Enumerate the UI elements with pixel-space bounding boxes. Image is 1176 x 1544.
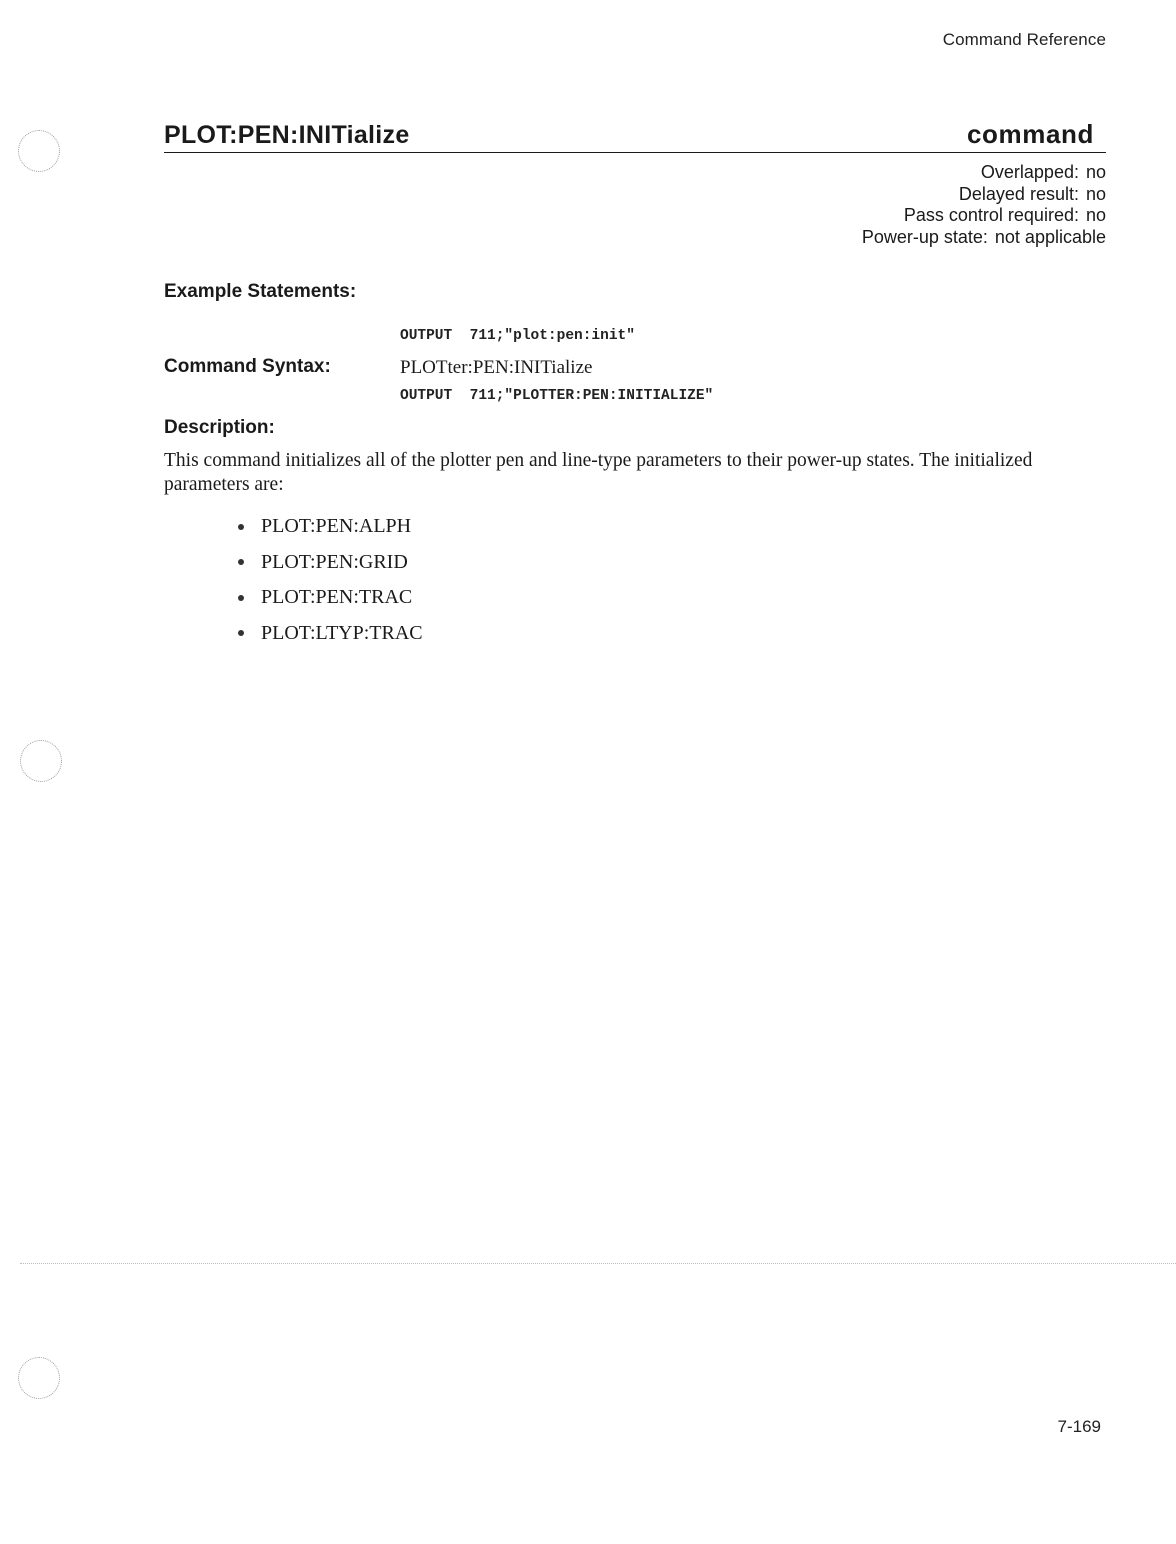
parameter-name: PLOT:LTYP:TRAC [261,622,423,645]
attribute-delayed-result: Delayed result:no [862,184,1106,206]
attribute-power-up-state: Power-up state:not applicable [862,227,1106,249]
bullet-icon [238,524,244,530]
attribute-label: Power-up state: [862,227,988,247]
example-statement: OUTPUT 711;"PLOTTER:PEN:INITIALIZE" [400,386,713,406]
command-title-bar: PLOT:PEN:INITialize command [164,116,1106,153]
command-name-heading: PLOT:PEN:INITialize [164,121,410,150]
list-item: PLOT:PEN:ALPH [236,509,423,545]
list-item: PLOT:LTYP:TRAC [236,616,423,652]
parameter-name: PLOT:PEN:ALPH [261,515,411,538]
attribute-value: no [1086,184,1106,204]
command-syntax-value: PLOTter:PEN:INITialize [400,357,592,379]
attribute-pass-control: Pass control required:no [862,205,1106,227]
example-statement: OUTPUT 711;"plot:pen:init" [400,326,713,346]
example-statements: OUTPUT 711;"plot:pen:init" OUTPUT 711;"P… [400,286,713,426]
initialized-parameters-list: PLOT:PEN:ALPH PLOT:PEN:GRID PLOT:PEN:TRA… [236,509,423,651]
description-text: This command initializes all of the plot… [164,449,1104,497]
running-head: Command Reference [943,30,1106,50]
attribute-value: no [1086,162,1106,182]
list-item: PLOT:PEN:TRAC [236,580,423,616]
command-type-heading: command [967,119,1094,150]
binder-hole-middle [20,740,62,782]
command-attributes: Overlapped:no Delayed result:no Pass con… [862,162,1106,249]
binder-hole-bottom [18,1357,60,1399]
bullet-icon [238,559,244,565]
attribute-label: Pass control required: [904,205,1079,225]
description-label: Description: [164,417,275,439]
bullet-icon [238,630,244,636]
bullet-icon [238,595,244,601]
attribute-overlapped: Overlapped:no [862,162,1106,184]
parameter-name: PLOT:PEN:TRAC [261,586,412,609]
binder-hole-top [18,130,60,172]
command-syntax-label: Command Syntax: [164,356,331,378]
page-number: 7-169 [1058,1417,1101,1437]
attribute-label: Overlapped: [981,162,1079,182]
attribute-value: not applicable [995,227,1106,247]
scan-fold-line [20,1263,1176,1264]
attribute-value: no [1086,205,1106,225]
list-item: PLOT:PEN:GRID [236,545,423,581]
parameter-name: PLOT:PEN:GRID [261,551,408,574]
example-statements-label: Example Statements: [164,281,356,303]
attribute-label: Delayed result: [959,184,1079,204]
